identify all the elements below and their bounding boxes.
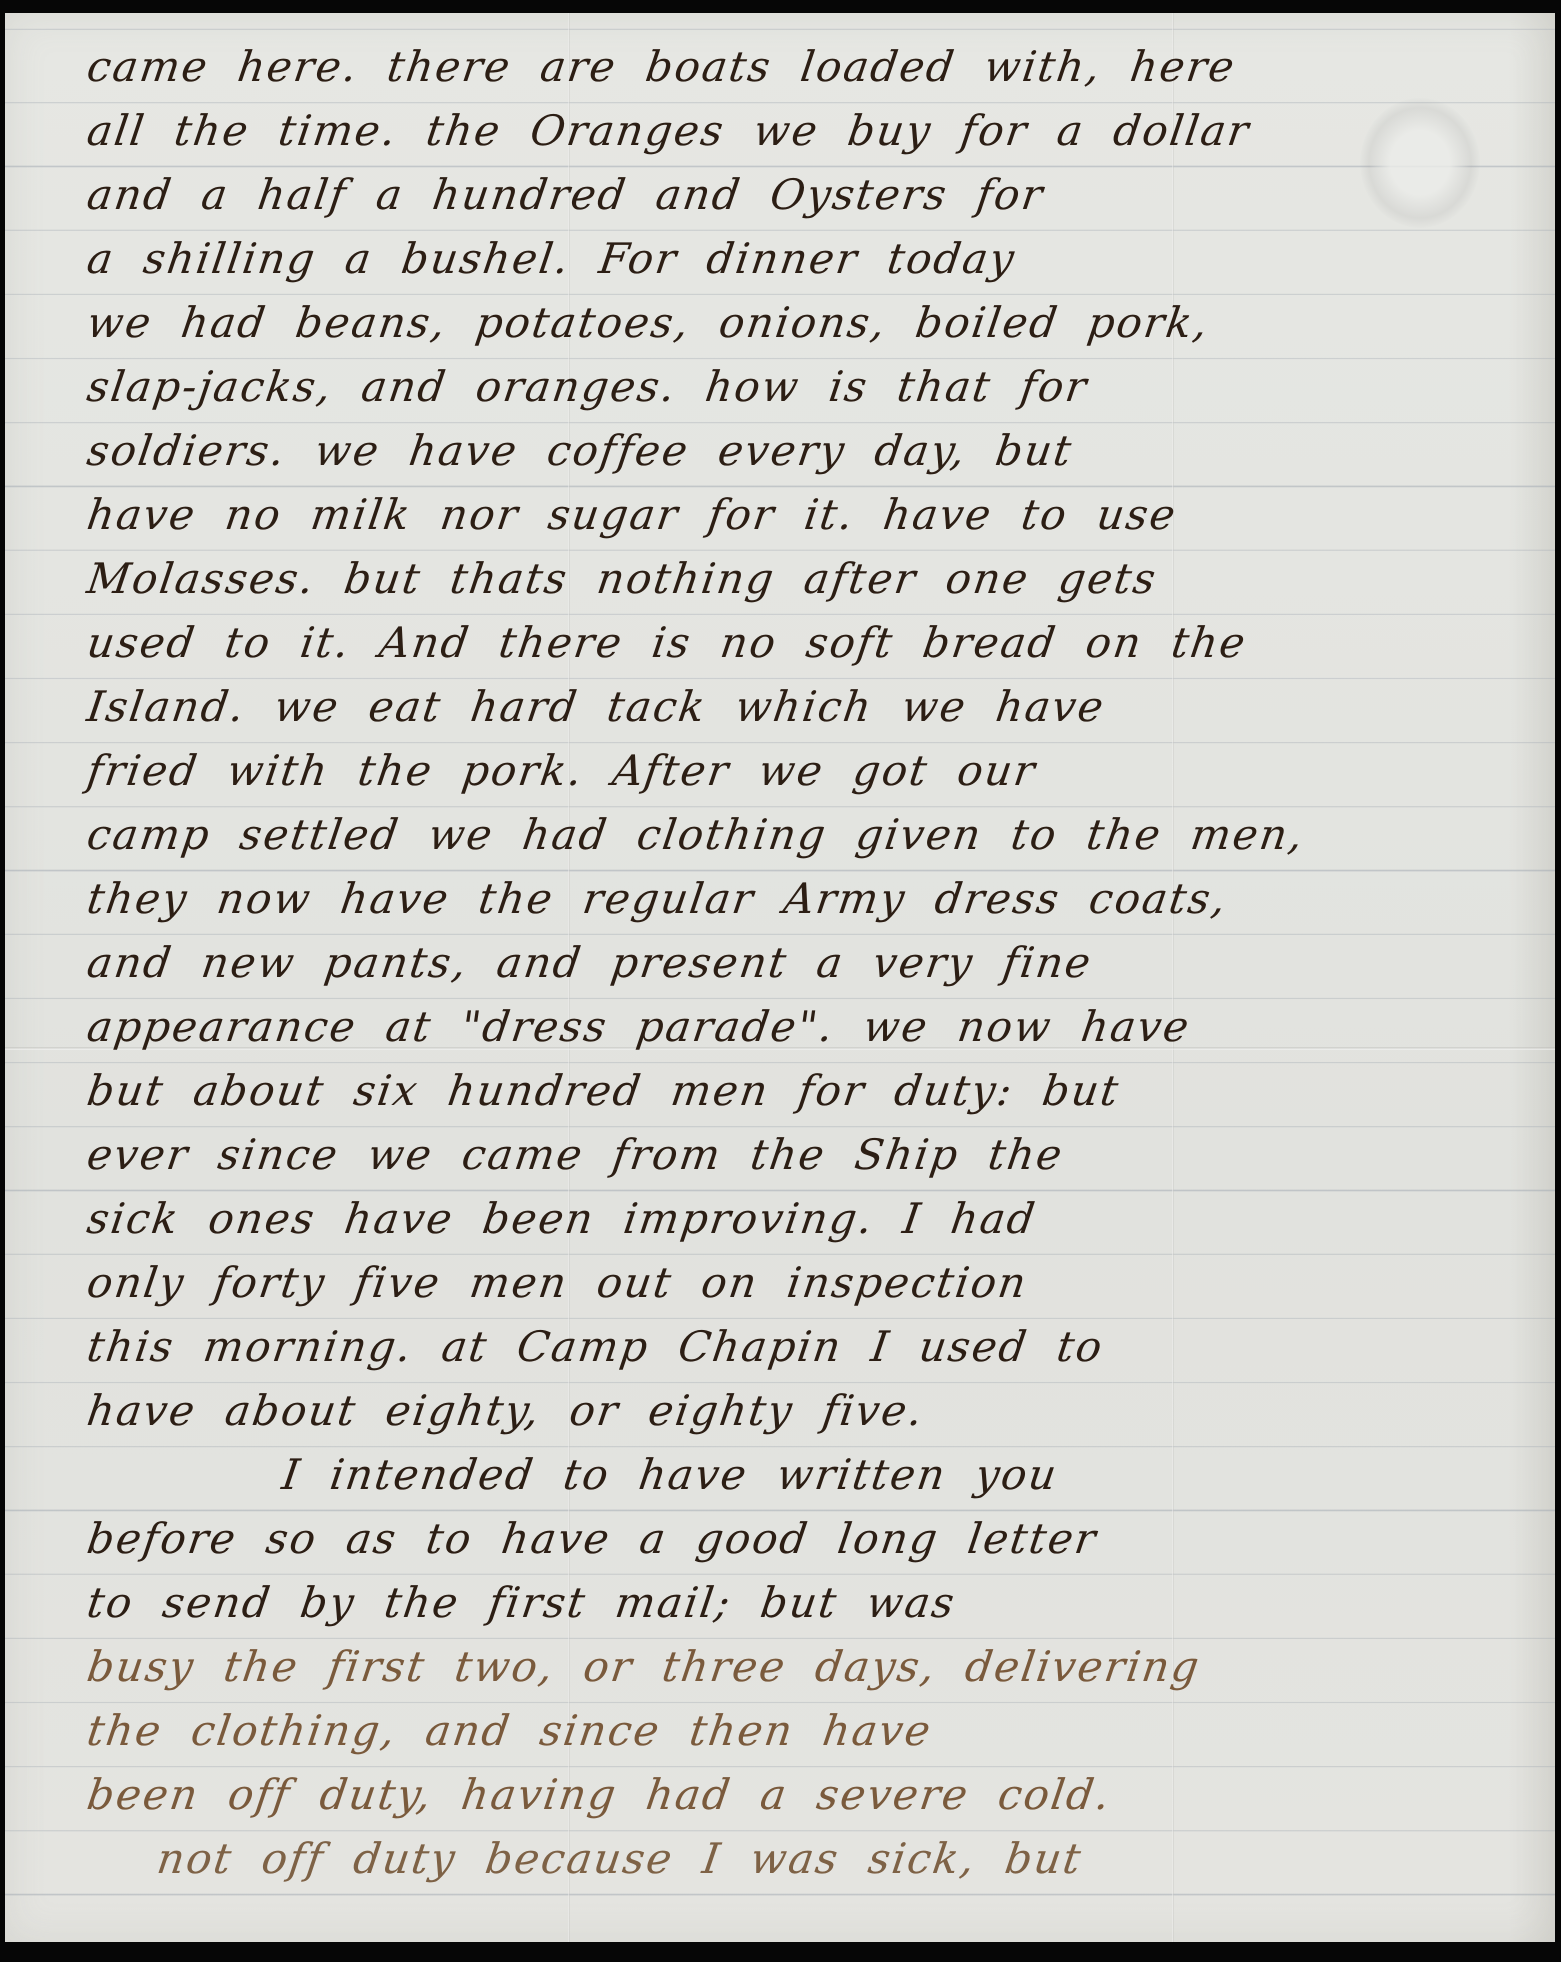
- letter-line: came here. there are boats loaded with, …: [83, 35, 1532, 99]
- letter-line: Island. we eat hard tack which we have: [83, 675, 1532, 739]
- letter-page: came here. there are boats loaded with, …: [5, 13, 1555, 1942]
- letter-line: the clothing, and since then have: [83, 1699, 1532, 1763]
- letter-line: only forty five men out on inspection: [83, 1251, 1532, 1315]
- letter-line: this morning. at Camp Chapin I used to: [83, 1315, 1532, 1379]
- letter-line: and new pants, and present a very fine: [83, 931, 1532, 995]
- letter-line: but about six hundred men for duty: but: [83, 1059, 1532, 1123]
- letter-line: before so as to have a good long letter: [83, 1507, 1532, 1571]
- letter-line: we had beans, potatoes, onions, boiled p…: [83, 291, 1532, 355]
- letter-line: busy the first two, or three days, deliv…: [83, 1635, 1532, 1699]
- letter-line: ever since we came from the Ship the: [83, 1123, 1532, 1187]
- scan-border-bottom: [0, 1942, 1561, 1962]
- letter-line: sick ones have been improving. I had: [83, 1187, 1532, 1251]
- letter-body: came here. there are boats loaded with, …: [83, 35, 1523, 1891]
- letter-line: used to it. And there is no soft bread o…: [83, 611, 1532, 675]
- letter-line: have about eighty, or eighty five.: [83, 1379, 1532, 1443]
- letter-line: all the time. the Oranges we buy for a d…: [83, 99, 1532, 163]
- letter-paragraph-start: I intended to have written you: [83, 1443, 1532, 1507]
- letter-line: to send by the first mail; but was: [83, 1571, 1532, 1635]
- letter-line: appearance at "dress parade". we now hav…: [83, 995, 1532, 1059]
- letter-line: camp settled we had clothing given to th…: [83, 803, 1532, 867]
- scan-border-top: [0, 0, 1561, 13]
- letter-line: a shilling a bushel. For dinner today: [83, 227, 1532, 291]
- letter-line: soldiers. we have coffee every day, but: [83, 419, 1532, 483]
- letter-line: they now have the regular Army dress coa…: [83, 867, 1532, 931]
- letter-line: not off duty because I was sick, but: [83, 1827, 1532, 1891]
- letter-line: fried with the pork. After we got our: [83, 739, 1532, 803]
- letter-line: Molasses. but thats nothing after one ge…: [83, 547, 1532, 611]
- letter-line: and a half a hundred and Oysters for: [83, 163, 1532, 227]
- letter-line: slap-jacks, and oranges. how is that for: [83, 355, 1532, 419]
- letter-line: have no milk nor sugar for it. have to u…: [83, 483, 1532, 547]
- letter-line: been off duty, having had a severe cold.: [83, 1763, 1532, 1827]
